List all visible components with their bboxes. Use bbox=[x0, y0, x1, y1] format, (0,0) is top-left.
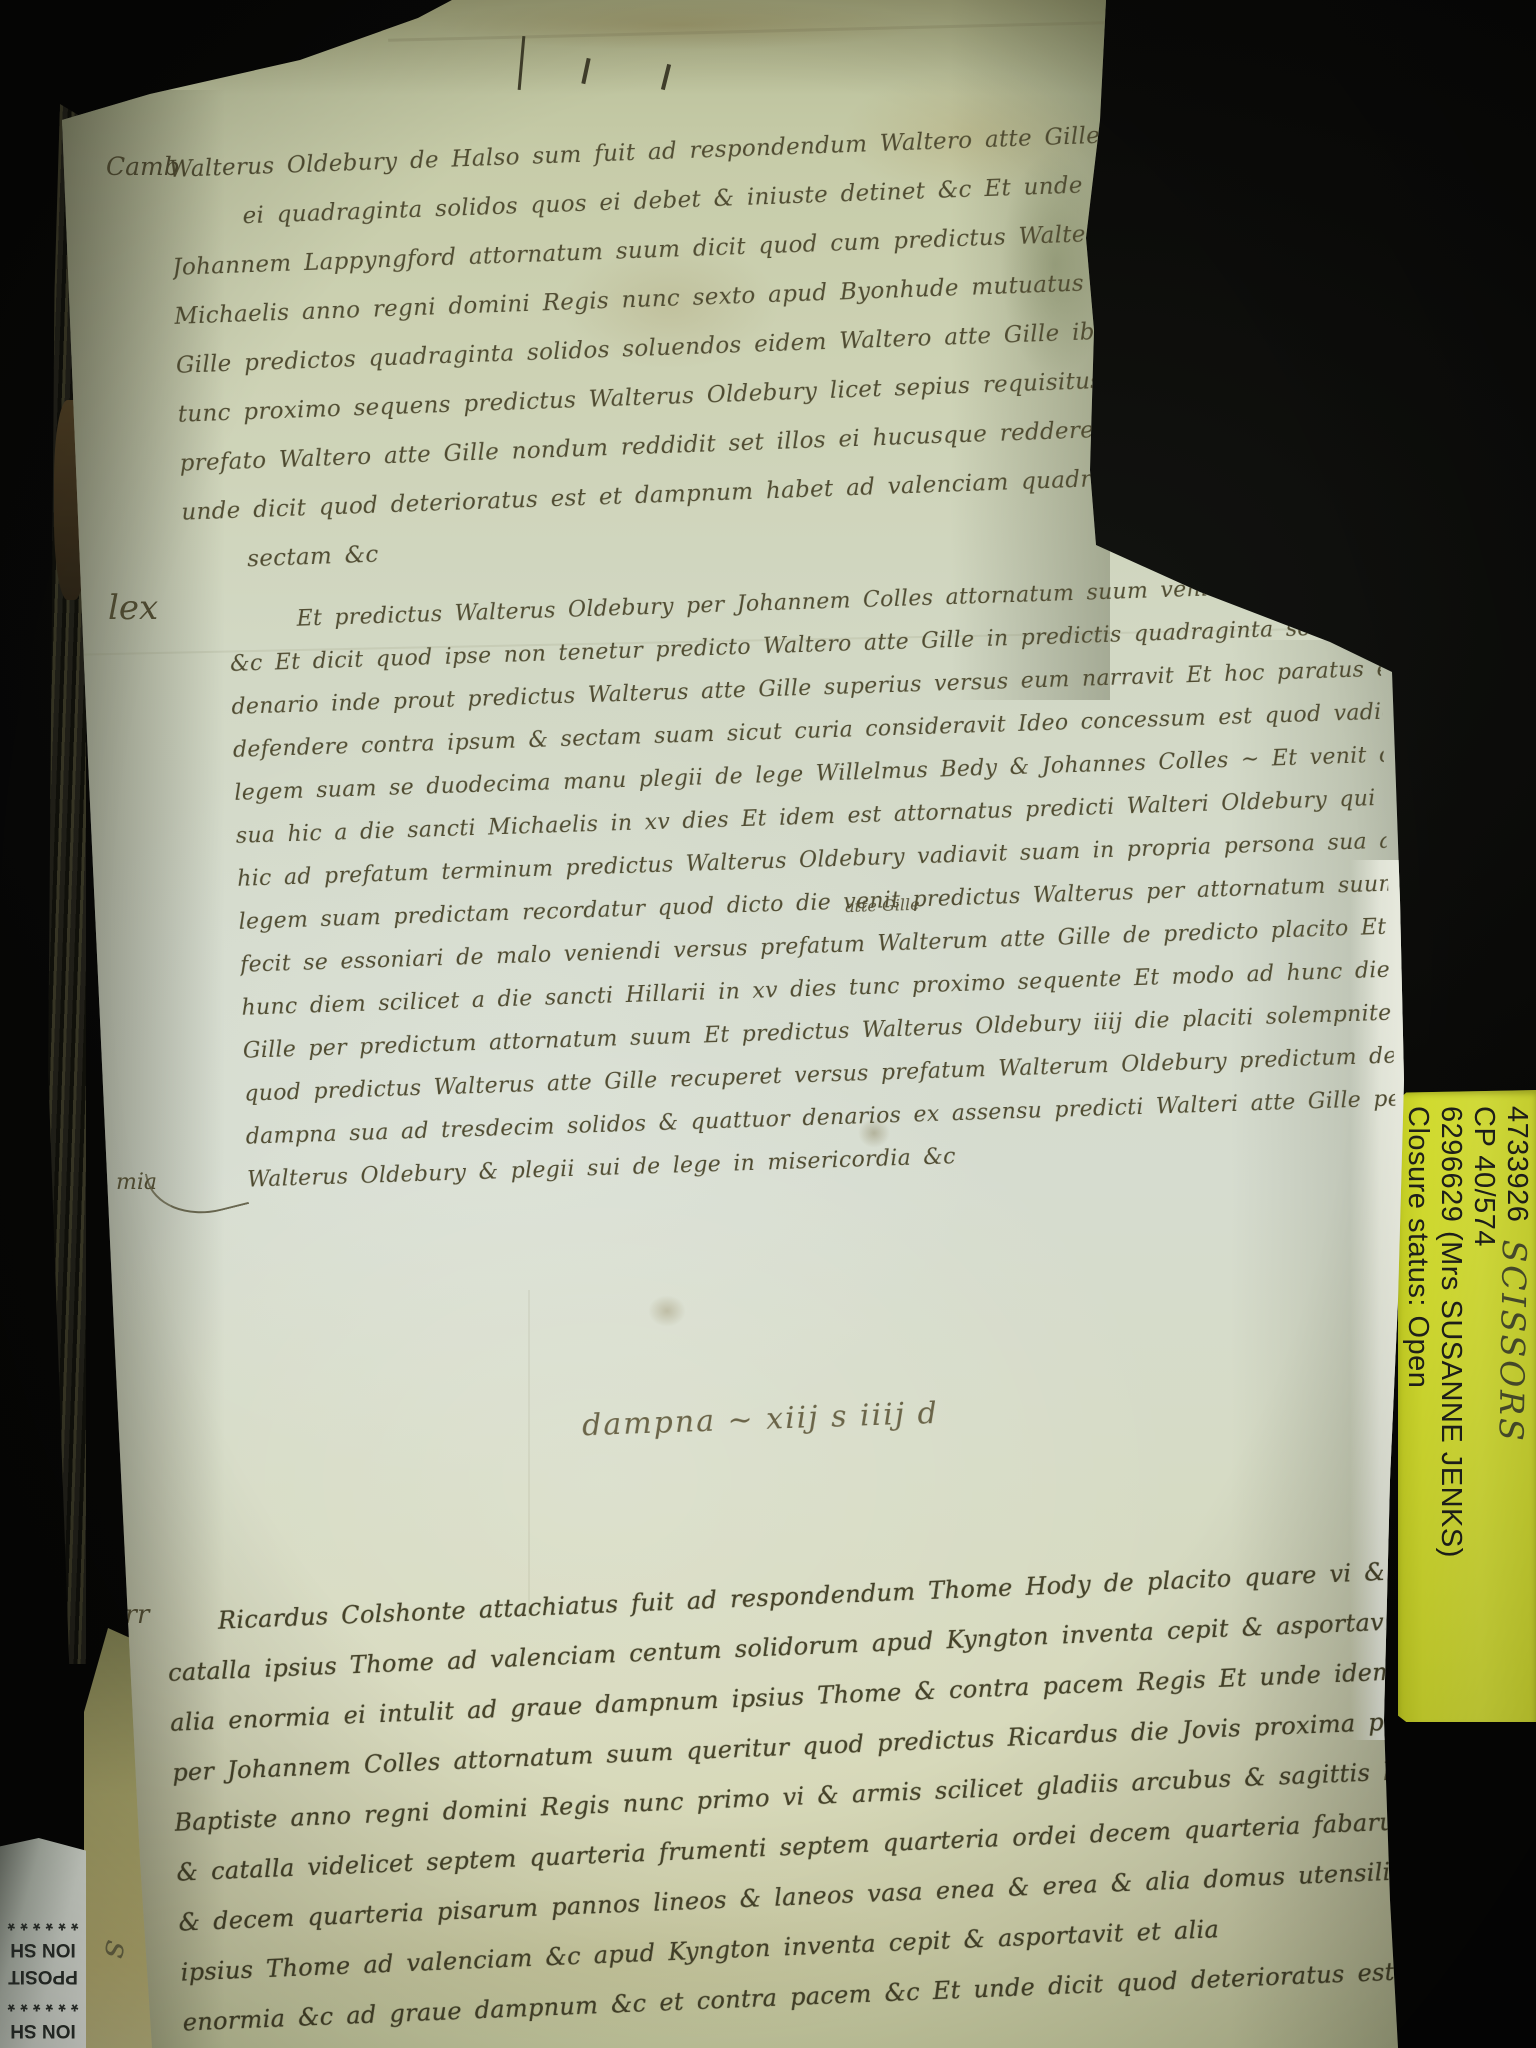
scrap-line: PPOSIT bbox=[0, 1963, 86, 1990]
scrap-line: ION SH bbox=[0, 2017, 86, 2044]
paper-scrap: ION SH* * * * * *PPOSITION SH* * * * * * bbox=[0, 1838, 86, 2048]
scrap-line: * * * * * * bbox=[0, 1990, 86, 2017]
scrap-line: ION SH bbox=[0, 1936, 86, 1963]
entry3-text-block: Ricardus Colshonte attachiatus fuit ad r… bbox=[165, 1547, 1401, 2048]
archive-photo: s ION SH* * * * * *PPOSITION SH* * * * *… bbox=[0, 0, 1536, 2048]
scrap-line: * * * * * * bbox=[0, 1909, 86, 1936]
stain bbox=[430, 0, 930, 50]
sticky-note-reference-line: Closure status: Open bbox=[1401, 1106, 1434, 1666]
fold-crease bbox=[528, 1290, 530, 1620]
interlineation: atte Gille bbox=[845, 895, 920, 917]
marginal-county-entry3: Surr bbox=[90, 1600, 149, 1630]
marginal-note-lex: lex bbox=[108, 588, 158, 628]
manuscript-page: Camb lex mia Surr po Walterus Oldebury d… bbox=[0, 0, 1536, 2048]
scissors-handwriting: SCISSORS bbox=[1477, 1239, 1534, 1416]
entry1-text-block: Walterus Oldebury de Halso sum fuit ad r… bbox=[168, 112, 1114, 587]
stain bbox=[648, 1295, 686, 1327]
entry2-text-block: Et predictus Walterus Oldebury per Johan… bbox=[228, 562, 1397, 1202]
paper-scrap-text: ION SH* * * * * *PPOSITION SH* * * * * * bbox=[0, 1838, 86, 2048]
damages-sum-note: dampna ~ xiij s iiij d bbox=[581, 1396, 939, 1443]
sticky-note-reference-line: 6296629 (Mrs SUSANNE JENKS) bbox=[1434, 1106, 1467, 1666]
